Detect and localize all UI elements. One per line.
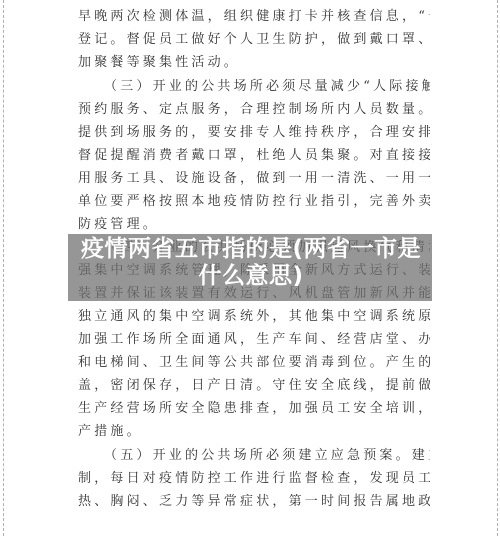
section-heading-line: （三）开业的公共场所必须尽量减少“人际接触”。积极采用 [78,76,430,98]
overlay-title: 疫情两省五市指的是(两省一市是什么意思) [76,234,426,290]
text-line: 早晚两次检测体温，组织健康打卡并核查信息，“一人一档”做好 [78,6,430,28]
text-line: 用服务工具、设施设备，做到一用一清洗、一用一消毒。餐饮服务 [78,168,430,190]
text-line: 生产经营场所安全隐患排查，加强员工安全培训，严格落实安全生 [78,398,430,420]
text-line: 单位要严格按照本地疫情防控行业指引，完善外卖等全流程卫生 [78,191,430,213]
text-line: 加强工作场所全面通风，生产车间、经营店堂、办公室等重要区域 [78,329,430,351]
text-line: 提供到场服务的，要安排专人维持秩序，合理安排进店人员间距， [78,122,430,144]
text-line: 和电梯间、卫生间等公共部位要消毒到位。产生的垃圾应套袋加 [78,352,430,374]
text-line: 独立通风的集中空调系统外，其他集中空调系统原则上不予运行。 [78,306,430,328]
text-line: 产措施。 [78,421,430,443]
text-line: 制，每日对疫情防控工作进行监督检查，发现员工和消费者存在发 [78,468,430,490]
text-line: 加聚餐等聚集性活动。 [78,52,430,74]
text-line: 防疫管理。 [78,214,430,236]
text-line: 盖，密闭保存，日产日清。守住安全底线，提前做好重点设施设备、 [78,375,430,397]
right-margin-rule [497,0,498,536]
left-margin-rule [3,0,4,536]
section-heading-line: （五）开业的公共场所必须建立应急预案。建立健全自控机 [78,445,430,467]
text-line: 督促提醒消费者戴口罩，杜绝人员集聚。对直接接触消费者的共 [78,145,430,167]
text-line: 热、胸闷、乏力等异常症状，第一时间报告属地政府，并实施隔离、 [78,491,430,513]
text-line: 登记。督促员工做好个人卫生防护，做到戴口罩、勤洗手，避免参 [78,29,430,51]
text-line: 预约服务、定点服务，合理控制场所内人员数量。因行业特性必须 [78,99,430,121]
